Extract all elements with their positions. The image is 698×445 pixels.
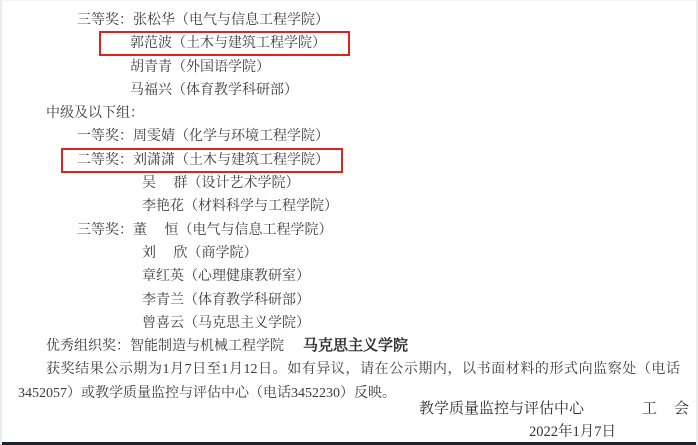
- award-line-content: 中级及以下组：: [46, 102, 144, 125]
- award-line-text: 郭范波（土木与建筑工程学院）: [130, 36, 326, 51]
- signature-org: 教学质量监控与评估中心: [419, 401, 584, 417]
- award-line-content: 胡青青（外国语学院）: [130, 56, 270, 79]
- award-line: 李青兰（体育教学科研部）: [2, 289, 696, 312]
- award-line-highlighted: 郭范波（土木与建筑工程学院）: [2, 32, 696, 55]
- award-line-text: 曾喜云（马克思主义学院）: [142, 316, 310, 331]
- award-line-content: 一等奖：周雯婧（化学与环境工程学院）: [77, 125, 329, 148]
- award-line-text: 李青兰（体育教学科研部）: [142, 293, 310, 308]
- award-line-text: 刘 欣（商学院）: [142, 246, 258, 261]
- award-line-content: 李艳花（材料科学与工程学院）: [142, 195, 338, 218]
- award-line: 刘 欣（商学院）: [2, 242, 696, 265]
- award-line-content: 刘 欣（商学院）: [142, 242, 258, 265]
- award-line: 曾喜云（马克思主义学院）: [2, 312, 696, 335]
- award-line-content: 李青兰（体育教学科研部）: [142, 289, 310, 312]
- award-line-content: 三等奖：董 恒（电气与信息工程学院）: [77, 219, 333, 242]
- award-line: 吴 群（设计艺术学院）: [2, 172, 696, 195]
- award-line: 中级及以下组：: [2, 102, 696, 125]
- award-line-text: 胡青青（外国语学院）: [130, 60, 270, 75]
- award-line-text: 马福兴（体育教学科研部）: [130, 83, 298, 98]
- award-line: 胡青青（外国语学院）: [2, 56, 696, 79]
- award-line-text: 三等奖：张松华（电气与信息工程学院）: [77, 13, 329, 28]
- award-line-content: 优秀组织奖：智能制造与机械工程学院马克思主义学院: [46, 335, 408, 358]
- award-line-highlighted: 二等奖：刘潇潇（土木与建筑工程学院）: [2, 149, 696, 172]
- award-line-text: 一等奖：周雯婧（化学与环境工程学院）: [77, 129, 329, 144]
- award-line: 李艳花（材料科学与工程学院）: [2, 195, 696, 218]
- award-line-content: 马福兴（体育教学科研部）: [130, 79, 298, 102]
- award-line: 章红英（心理健康教研室）: [2, 265, 696, 288]
- award-line-content: 曾喜云（马克思主义学院）: [142, 312, 310, 335]
- award-line-text: 章红英（心理健康教研室）: [142, 269, 310, 284]
- signature-line: 教学质量监控与评估中心工 会: [419, 398, 690, 421]
- award-line-text: 李艳花（材料科学与工程学院）: [142, 199, 338, 214]
- signature-union: 工 会: [642, 401, 690, 417]
- award-line: 三等奖：张松华（电气与信息工程学院）: [2, 9, 696, 32]
- award-line: 优秀组织奖：智能制造与机械工程学院马克思主义学院: [2, 335, 696, 358]
- award-line-content: 三等奖：张松华（电气与信息工程学院）: [77, 9, 329, 32]
- award-line: 马福兴（体育教学科研部）: [2, 79, 696, 102]
- award-line-text: 优秀组织奖：智能制造与机械工程学院: [46, 339, 284, 354]
- award-list: 三等奖：张松华（电气与信息工程学院）郭范波（土木与建筑工程学院）胡青青（外国语学…: [2, 1, 696, 358]
- award-line-bold-text: 马克思主义学院: [303, 338, 408, 354]
- award-line: 一等奖：周雯婧（化学与环境工程学院）: [2, 125, 696, 148]
- date-line: 2022年1月7日: [529, 421, 616, 444]
- award-line-content: 章红英（心理健康教研室）: [142, 265, 310, 288]
- award-line-text: 三等奖：董 恒（电气与信息工程学院）: [77, 223, 333, 238]
- award-line-text: 中级及以下组：: [46, 106, 144, 121]
- document-page: 三等奖：张松华（电气与信息工程学院）郭范波（土木与建筑工程学院）胡青青（外国语学…: [0, 0, 698, 445]
- award-line-text: 二等奖：刘潇潇（土木与建筑工程学院）: [77, 153, 329, 168]
- award-line-text: 吴 群（设计艺术学院）: [142, 176, 300, 191]
- award-line-content: 二等奖：刘潇潇（土木与建筑工程学院）: [61, 148, 343, 173]
- award-line-content: 吴 群（设计艺术学院）: [142, 172, 300, 195]
- award-line-content: 郭范波（土木与建筑工程学院）: [99, 31, 350, 56]
- award-line: 三等奖：董 恒（电气与信息工程学院）: [2, 219, 696, 242]
